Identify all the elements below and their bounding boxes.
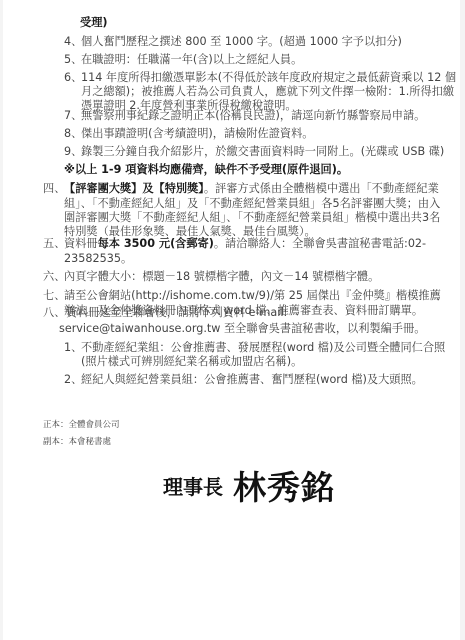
item-7-text: 無警察刑事紀錄之證明正本(俗稱良民證)，請逕向新竹縣警察局申請。 — [81, 109, 425, 123]
section-8-line-2: service@taiwanhouse.org.tw 至全聯會吳書誼秘書收，以利… — [59, 322, 425, 336]
item-4-num: 4、 — [64, 35, 82, 49]
notice-text: ※以上 1-9 項資料均應備齊，缺件不予受理(原件退回)。 — [64, 163, 348, 177]
section-8-sub-1-line-1: 不動產經紀業組：公會推薦書、發展歷程(word 檔)及公司暨全體同仁合照 — [81, 341, 445, 355]
section-4-line-1: 【評審團大獎】及【特別獎】。評審方式係由全體楷模中選出「不動產經紀業 — [64, 182, 439, 196]
section-8-sub-2-num: 2、 — [64, 373, 82, 387]
signature-title: 理事長 — [163, 475, 223, 499]
section-6-num: 六、 — [43, 270, 65, 284]
section-4-line-2: 組」、「不動產經紀人組」及「不動產經紀營業員組」各5名評審團大獎；由入 — [64, 197, 440, 211]
signature-name: 林秀銘 — [233, 468, 335, 507]
copy-original: 正本：全體會員公司 — [43, 418, 120, 432]
section-8-sub-1-num: 1、 — [64, 341, 82, 355]
item-9-text: 錄製三分鐘自我介紹影片，於繳交書面資料時一同附上。(光碟或 USB 碟) — [81, 145, 444, 159]
signature-block: 理事長林秀銘 — [163, 462, 335, 509]
copy-duplicate: 副本：本會秘書處 — [43, 435, 111, 449]
section-8-line-1: 資料冊送至全聯會後，請將下列資料 e-mail: — [66, 306, 287, 320]
item-7-num: 7、 — [64, 109, 82, 123]
section-5-post: 。請洽聯絡人：全聯會吳書誼秘書電話:02- — [214, 237, 426, 250]
item-8-num: 8、 — [64, 127, 82, 141]
section-5-price: 每本 3500 元(含郵寄) — [98, 237, 214, 250]
item-6-line-1: 114 年度所得扣繳憑單影本(不得低於該年度政府規定之最低薪資乘以 12 個 — [81, 71, 456, 85]
section-4-line-3: 圍評審團大獎「不動產經紀人組」、「不動產經紀營業員組」楷模中選出共3名 — [64, 211, 440, 225]
section-8-num: 八、 — [43, 306, 65, 320]
document-page: 受理) 4、 個人奮鬥歷程之撰述 800 至 1000 字。(超過 1000 字… — [3, 0, 460, 640]
section-5-num: 五、 — [43, 237, 65, 251]
section-5-line-2: 23582535。 — [64, 252, 132, 266]
item-9-num: 9、 — [64, 145, 82, 159]
section-4-num: 四、 — [43, 182, 65, 196]
item-5-num: 5、 — [64, 53, 82, 67]
section-6-text: 內頁字體大小：標題－18 號標楷字體，內文－14 號標楷字體。 — [64, 270, 379, 284]
continuation-text: 受理) — [80, 16, 108, 30]
item-8-text: 傑出事蹟證明(含考績證明)，請檢附佐證資料。 — [81, 127, 313, 141]
section-4-bold: 【評審團大獎】及【特別獎】 — [64, 182, 204, 195]
section-8-sub-2-text: 經紀人與經紀營業員組：公會推薦書、奮鬥歷程(word 檔)及大頭照。 — [81, 373, 423, 387]
item-6-line-2: 月之總額)；被推薦人若為公司負責人，應就下列文件擇一檢附：1.所得扣繳 — [81, 85, 454, 99]
section-5-pre: 資料冊 — [64, 237, 98, 250]
section-8-sub-1-line-2: (照片樣式可辨別經紀業名稱或加盟店名稱)。 — [81, 355, 302, 369]
item-6-num: 6、 — [64, 71, 82, 85]
item-4-text: 個人奮鬥歷程之撰述 800 至 1000 字。(超過 1000 字予以扣分) — [81, 35, 402, 49]
section-7-line-1: 請至公會網站(http://ishome.com.tw/9)/第 25 屆傑出『… — [64, 289, 441, 303]
section-7-num: 七、 — [43, 289, 65, 303]
section-5-line-1: 資料冊每本 3500 元(含郵寄)。請洽聯絡人：全聯會吳書誼秘書電話:02- — [64, 237, 426, 251]
section-4-text: 。評審方式係由全體楷模中選出「不動產經紀業 — [204, 182, 439, 195]
item-5-text: 在職證明：任職滿一年(含)以上之經紀人員。 — [81, 53, 302, 67]
